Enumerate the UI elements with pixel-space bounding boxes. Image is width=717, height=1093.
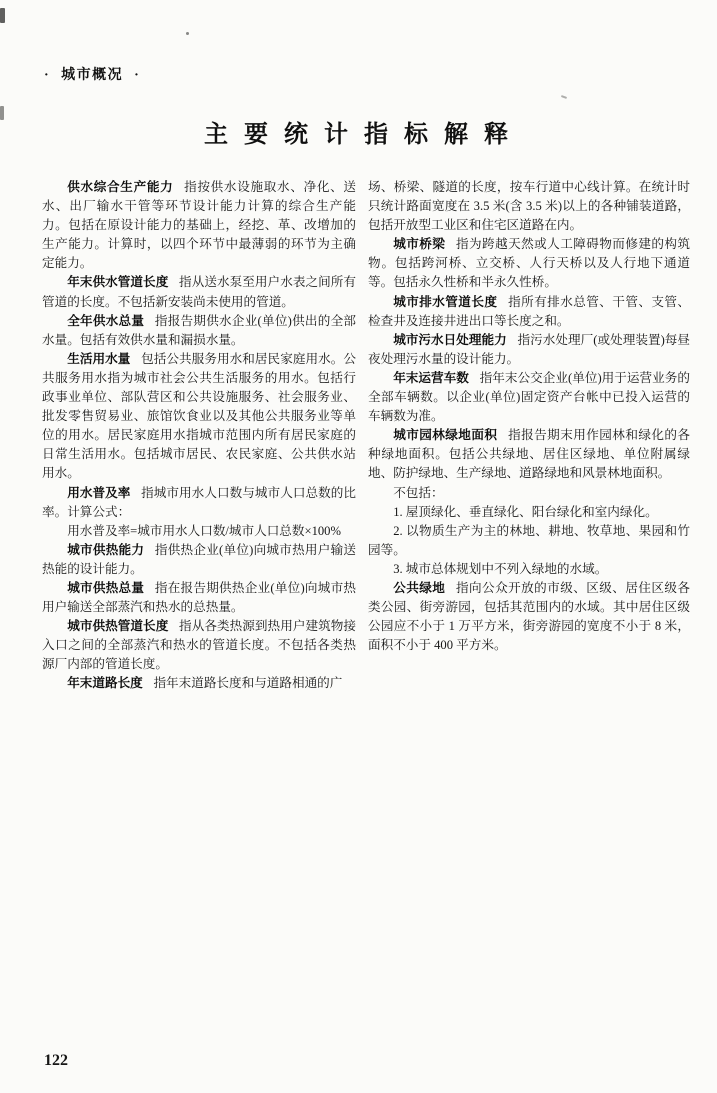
definition-paragraph: 城市供热能力指供热企业(单位)向城市热用户输送热能的设计能力。 bbox=[42, 541, 356, 579]
definition-text: 不包括： bbox=[393, 486, 443, 500]
indicator-term: 生活用水量 bbox=[67, 352, 130, 366]
definition-text: 场、桥梁、隧道的长度，按车行道中心线计算。在统计时只统计路面宽度在 3.5 米(… bbox=[368, 180, 690, 232]
scan-artifact bbox=[186, 32, 189, 35]
indicator-term: 全年供水总量 bbox=[67, 314, 144, 328]
text-column-left: 供水综合生产能力指按供水设施取水、净化、送水、出厂输水干管等环节设计能力计算的综… bbox=[42, 178, 356, 694]
scan-artifact bbox=[0, 8, 5, 23]
text-paragraph: 2. 以物质生产为主的林地、耕地、牧草地、果园和竹园等。 bbox=[368, 522, 690, 560]
definition-paragraph: 公共绿地指向公众开放的市级、区级、居住区级各类公园、街旁游园，包括其范围内的水域… bbox=[368, 579, 690, 655]
text-paragraph: 用水普及率=城市用水人口数/城市人口总数×100% bbox=[42, 522, 356, 541]
definition-text: 包括公共服务用水和居民家庭用水。公共服务用水指为城市社会公共生活服务的用水。包括… bbox=[42, 352, 356, 481]
definition-paragraph: 年末道路长度指年末道路长度和与道路相通的广 bbox=[42, 674, 356, 693]
definition-text: 用水普及率=城市用水人口数/城市人口总数×100% bbox=[67, 524, 341, 538]
definition-paragraph: 城市供热管道长度指从各类热源到热用户建筑物接入口之间的全部蒸汽和热水的管道长度。… bbox=[42, 617, 356, 674]
definition-paragraph: 年末运营车数指年末公交企业(单位)用于运营业务的全部车辆数。以企业(单位)固定资… bbox=[368, 369, 690, 426]
definition-paragraph: 城市桥梁指为跨越天然或人工障碍物而修建的构筑物。包括跨河桥、立交桥、人行天桥以及… bbox=[368, 235, 690, 292]
indicator-term: 城市供热能力 bbox=[67, 543, 144, 557]
definition-paragraph: 年末供水管道长度指从送水泵至用户水表之间所有管道的长度。不包括新安装尚未使用的管… bbox=[42, 273, 356, 311]
indicator-term: 城市污水日处理能力 bbox=[393, 333, 507, 347]
scan-artifact bbox=[561, 95, 567, 99]
definition-paragraph: 供水综合生产能力指按供水设施取水、净化、送水、出厂输水干管等环节设计能力计算的综… bbox=[42, 178, 356, 273]
definition-text: 1. 屋顶绿化、垂直绿化、阳台绿化和室内绿化。 bbox=[393, 505, 657, 519]
text-column-right: 场、桥梁、隧道的长度，按车行道中心线计算。在统计时只统计路面宽度在 3.5 米(… bbox=[368, 178, 690, 655]
definition-paragraph: 城市污水日处理能力指污水处理厂(或处理装置)每昼夜处理污水量的设计能力。 bbox=[368, 331, 690, 369]
indicator-term: 城市桥梁 bbox=[393, 237, 445, 251]
page-title: 主 要 统 计 指 标 解 释 bbox=[0, 114, 717, 149]
definition-text: 指年末道路长度和与道路相通的广 bbox=[153, 676, 342, 690]
indicator-term: 年末运营车数 bbox=[393, 371, 469, 385]
definition-paragraph: 城市排水管道长度指所有排水总管、干管、支管、检查井及连接井进出口等长度之和。 bbox=[368, 293, 690, 331]
text-paragraph: 3. 城市总体规划中不列入绿地的水域。 bbox=[368, 560, 690, 579]
definition-paragraph: 全年供水总量指报告期供水企业(单位)供出的全部水量。包括有效供水量和漏损水量。 bbox=[42, 312, 356, 350]
indicator-term: 用水普及率 bbox=[67, 486, 130, 500]
indicator-term: 年末供水管道长度 bbox=[67, 275, 168, 289]
indicator-term: 城市供热总量 bbox=[67, 581, 144, 595]
indicator-term: 城市排水管道长度 bbox=[393, 295, 497, 309]
definition-paragraph: 生活用水量包括公共服务用水和居民家庭用水。公共服务用水指为城市社会公共生活服务的… bbox=[42, 350, 356, 484]
text-paragraph: 场、桥梁、隧道的长度，按车行道中心线计算。在统计时只统计路面宽度在 3.5 米(… bbox=[368, 178, 690, 235]
definition-paragraph: 城市园林绿地面积指报告期末用作园林和绿化的各种绿地面积。包括公共绿地、居住区绿地… bbox=[368, 426, 690, 483]
definition-text: 2. 以物质生产为主的林地、耕地、牧草地、果园和竹园等。 bbox=[368, 524, 690, 557]
indicator-term: 公共绿地 bbox=[393, 581, 445, 595]
text-paragraph: 1. 屋顶绿化、垂直绿化、阳台绿化和室内绿化。 bbox=[368, 503, 690, 522]
indicator-term: 城市供热管道长度 bbox=[67, 619, 168, 633]
definition-paragraph: 用水普及率指城市用水人口数与城市人口总数的比率。计算公式： bbox=[42, 484, 356, 522]
scanned-book-page: · 城市概况 · 主 要 统 计 指 标 解 释 供水综合生产能力指按供水设施取… bbox=[0, 0, 717, 1093]
indicator-term: 供水综合生产能力 bbox=[67, 180, 173, 194]
definition-paragraph: 城市供热总量指在报告期供热企业(单位)向城市热用户输送全部蒸汽和热水的总热量。 bbox=[42, 579, 356, 617]
text-paragraph: 不包括： bbox=[368, 484, 690, 503]
section-label: · 城市概况 · bbox=[44, 64, 140, 84]
indicator-term: 城市园林绿地面积 bbox=[393, 428, 497, 442]
indicator-term: 年末道路长度 bbox=[67, 676, 143, 690]
definition-text: 3. 城市总体规划中不列入绿地的水域。 bbox=[393, 562, 607, 576]
page-number: 122 bbox=[44, 1052, 68, 1070]
